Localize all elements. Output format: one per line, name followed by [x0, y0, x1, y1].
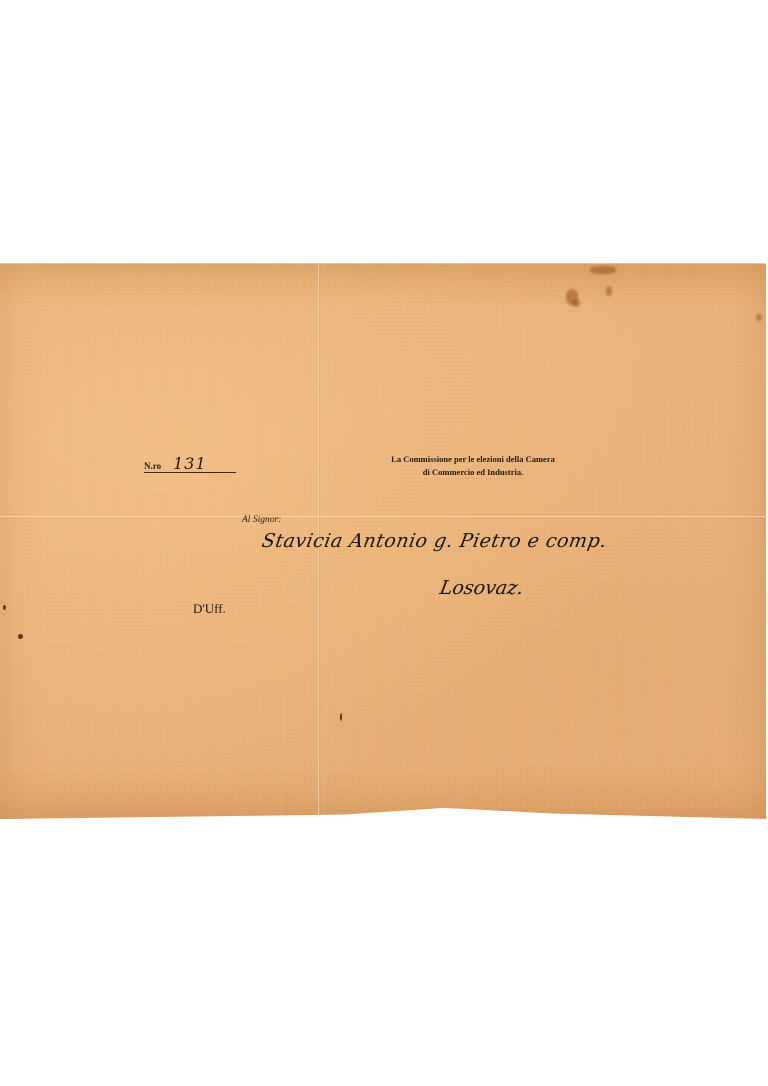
spot — [18, 634, 23, 639]
spot — [3, 605, 6, 610]
document-number-label: N.ro — [144, 461, 161, 471]
sender-line-2: di Commercio ed Industria. — [362, 466, 584, 479]
sender-line-1: La Commissione per le elezioni della Cam… — [362, 453, 584, 466]
stain — [572, 299, 580, 307]
spot — [340, 713, 342, 721]
sender-heading: La Commissione per le elezioni della Cam… — [362, 453, 584, 479]
addressee-salutation: Al Signor: — [242, 515, 281, 525]
stain — [756, 314, 762, 321]
document-number-value: 131 — [173, 456, 207, 472]
stain — [606, 286, 612, 296]
addressee-place-handwritten: Losovaz. — [438, 577, 525, 599]
horizontal-fold-crease — [0, 516, 766, 517]
document-number-field: N.ro 131 — [144, 454, 236, 473]
addressee-name-handwritten: Stavicia Antonio g. Pietro e comp. — [260, 530, 609, 552]
stain — [590, 266, 616, 274]
postage-note: D'Uff. — [193, 601, 226, 617]
